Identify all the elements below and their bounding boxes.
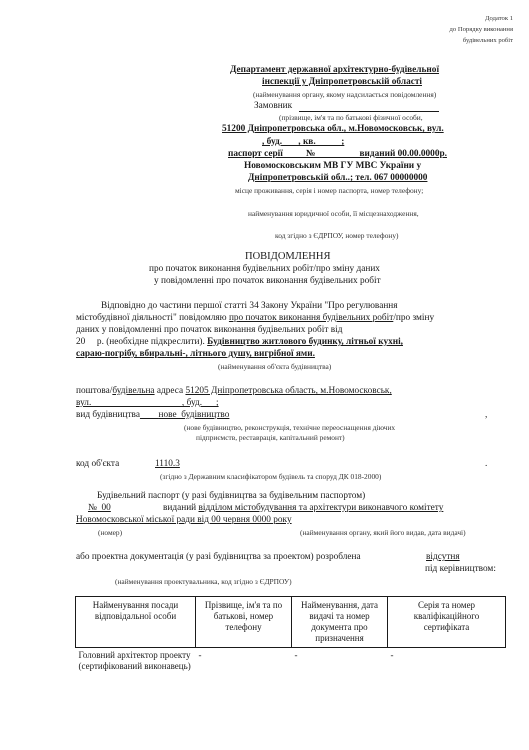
period-mark: .: [485, 459, 487, 469]
appendix-header: Додаток 1 до Порядку виконання будівельн…: [450, 13, 513, 46]
paragraph-line-3: даних у повідомленні про початок виконан…: [76, 325, 342, 335]
customer-passport-issued-2: Дніпропетровській обл..; тел. 067 000000…: [248, 173, 427, 183]
building-passport-number: № 00: [88, 503, 111, 513]
recipient-caption: (найменування органу, якому надсилається…: [253, 90, 436, 99]
date-year: 20 р. (необхідне підкреслити).: [76, 337, 207, 347]
header-certificate: Серія та номер кваліфікаційного сертифік…: [388, 597, 506, 648]
selected-option-start-works: про початок виконання будівельних робіт: [229, 313, 393, 323]
construction-address: поштова/будівельна адреса 51205 Дніпропе…: [76, 386, 392, 396]
customer-address-line-2: , буд. , кв. ;: [262, 137, 344, 147]
appendix-number: Додаток 1: [450, 13, 513, 24]
customer-name-field: [299, 101, 439, 112]
construction-type-caption-1: (нове будівництво, реконструкція, техніч…: [184, 423, 395, 432]
option-change-data: /про зміну: [393, 313, 434, 323]
construction-type-value: нове будівництво: [159, 410, 230, 420]
cell-full-name: -: [196, 648, 292, 675]
object-code-value: 1110.3: [155, 459, 180, 469]
customer-label: Замовник: [254, 101, 439, 112]
object-code-caption: (згідно з Державним класифікатором будів…: [160, 472, 381, 481]
street-line: вул. , буд. ;: [76, 398, 219, 408]
paragraph-line-1: Відповідно до частини першої статті 34 З…: [101, 301, 398, 311]
object-name-caption: (найменування об'єкта будівництва): [218, 362, 331, 371]
project-documentation: або проектна документація (у разі будівн…: [76, 552, 361, 562]
address-construction: будівельна: [112, 386, 154, 396]
issued-label: виданий: [163, 503, 198, 513]
building-passport-intro: Будівельний паспорт (у разі будівництва …: [97, 491, 365, 501]
object-name-cont: сараю-погрібу, вбиральні-, літнього душу…: [76, 349, 315, 359]
document-title: ПОВІДОМЛЕННЯ: [245, 251, 330, 262]
legal-entity-caption: найменування юридичної особи, її місцезн…: [248, 209, 419, 218]
recipient-line-2: інспекції у Дніпропетровській області: [262, 77, 422, 87]
address-postal: поштова/: [76, 386, 112, 396]
customer-address-line-1: 51200 Дніпропетровська обл., м.Новомоско…: [222, 124, 444, 134]
object-name: Будівництво житлового будинку, літньої к…: [207, 337, 403, 347]
table-row: Головний архітектор проекту (сертифікова…: [76, 648, 506, 675]
paragraph-line-4: 20 р. (необхідне підкреслити). Будівницт…: [76, 337, 403, 347]
header-appointment-doc: Найменування, дата видачі та номер докум…: [292, 597, 388, 648]
customer-label-text: Замовник: [254, 101, 292, 111]
issuer-caption: (найменування органу, який його видав, д…: [300, 528, 466, 537]
paragraph-line-2: містобудівної діяльності" повідомляю про…: [76, 313, 434, 323]
table-header-row: Найменування посади відповідальної особи…: [76, 597, 506, 648]
header-full-name: Прізвище, ім'я та по батькові, номер тел…: [196, 597, 292, 648]
cell-appointment-doc: -: [292, 648, 388, 675]
customer-residence-caption: місце проживання, серія і номер паспорта…: [235, 186, 423, 195]
issuer-line-2: Новомосковської міської ради від 00 черв…: [76, 515, 292, 525]
document-subtitle-2: у повідомленні про початок виконання буд…: [154, 276, 381, 286]
address-label: адреса: [155, 386, 186, 396]
building-passport-issued: виданий відділом містобудування та архіт…: [163, 503, 443, 513]
customer-name-caption: (прізвище, ім'я та по батькові фізичної …: [279, 113, 423, 122]
supervision-label: під керівництвом:: [425, 564, 496, 574]
appendix-ref: до Порядку виконання: [450, 24, 513, 35]
header-position: Найменування посади відповідальної особи: [76, 597, 196, 648]
customer-passport-issued-1: Новомосковським МВ ГУ МВС України у: [244, 161, 421, 171]
recipient-line-1: Департамент державної архітектурно-будів…: [230, 65, 439, 75]
issuer-line-1: відділом містобудування та архітектури в…: [198, 503, 443, 513]
construction-type: вид будівництва нове будівництво: [76, 410, 229, 420]
object-code-label: код об'єкта: [76, 459, 119, 469]
appendix-ref-2: будівельних робіт: [450, 35, 513, 46]
address-value: 51205 Дніпропетровська область, м.Новомо…: [185, 386, 391, 396]
cell-position: Головний архітектор проекту (сертифікова…: [76, 648, 196, 675]
project-documentation-value: відсутня: [426, 552, 460, 562]
construction-type-label: вид будівництва: [76, 410, 140, 420]
customer-passport: паспорт серії № виданий 00.00.0000р.: [228, 149, 447, 159]
edrpou-caption: код згідно з ЄДРПОУ, номер телефону): [275, 231, 399, 240]
construction-type-caption-2: підприємств, реставрація, капітальний ре…: [196, 433, 345, 442]
responsible-persons-table: Найменування посади відповідальної особи…: [75, 596, 506, 674]
cell-certificate: -: [388, 648, 506, 675]
designer-caption: (найменування проектувальника, код згідн…: [115, 577, 292, 586]
comma-mark: ,: [485, 410, 487, 420]
number-caption: (номер): [98, 528, 122, 537]
document-subtitle-1: про початок виконання будівельних робіт/…: [149, 264, 380, 274]
paragraph-text: містобудівної діяльності" повідомляю: [76, 313, 229, 323]
